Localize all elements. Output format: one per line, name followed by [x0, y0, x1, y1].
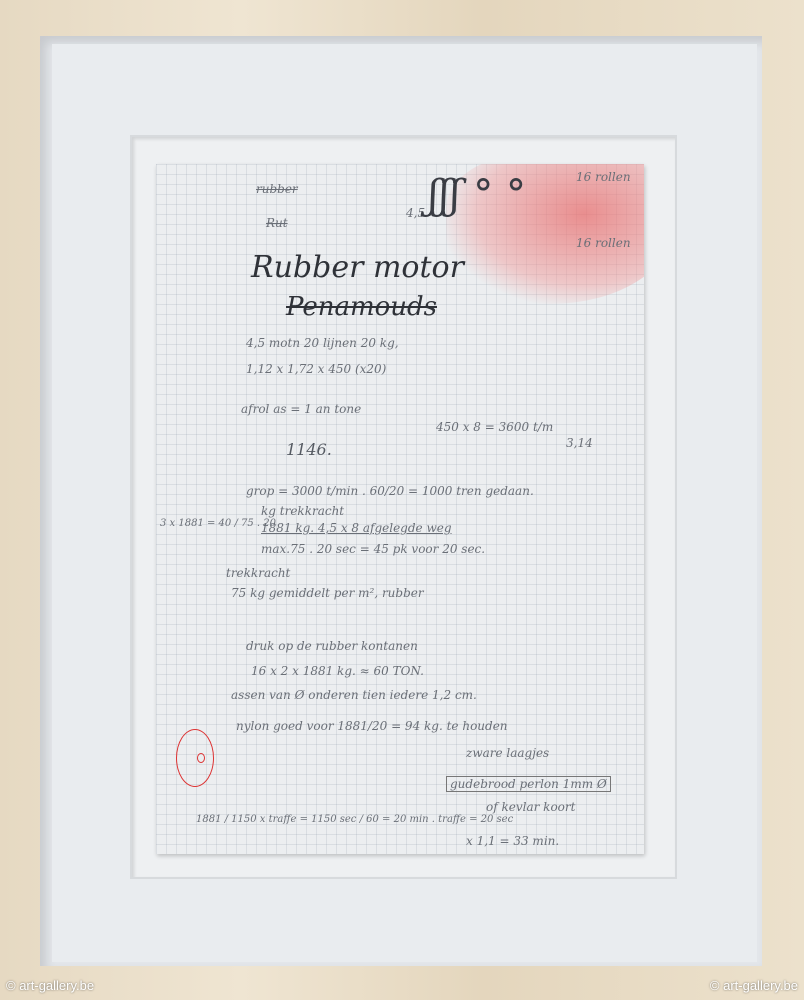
note-subtitle: Penamouds [286, 292, 437, 322]
note-line: 1,12 x 1,72 x 450 (x20) [246, 362, 386, 376]
watermark-right: © art-gallery.be [710, 978, 798, 993]
note-line: 3,14 [566, 436, 593, 450]
margin-note: 3 x 1881 = 40 / 75 . 20 [160, 518, 276, 529]
note-line: afrol as = 1 an tone [241, 402, 361, 416]
note-line: 450 x 8 = 3600 t/m [436, 420, 553, 434]
note-line: max.75 . 20 sec = 45 pk voor 20 sec. [261, 542, 485, 556]
note-title: Rubber motor [251, 250, 464, 285]
note-line: trekkracht [226, 566, 290, 580]
note-line: 1881 kg. 4,5 x 8 afgelegde weg [261, 521, 452, 535]
graph-paper-sheet: rubber Rut 4,5 ʃʃʃ ° ° 16 rollen 16 roll… [156, 164, 644, 854]
note-line: druk op de rubber kontanen [246, 639, 418, 653]
note-line: 16 x 2 x 1881 kg. ≈ 60 TON. [251, 664, 424, 678]
note-line: 1146. [286, 440, 332, 459]
red-wheel-sketch [176, 729, 214, 787]
note-line: of kevlar koort [486, 800, 575, 814]
note-line: 4,5 motn 20 lijnen 20 kg, [246, 336, 399, 350]
watermark-left: © art-gallery.be [6, 978, 94, 993]
note-line: 16 rollen [576, 170, 631, 184]
note-line: 1881 / 1150 x traffe = 1150 sec / 60 = 2… [196, 814, 513, 825]
note-line: assen van Ø onderen tien iedere 1,2 cm. [231, 688, 477, 702]
picture-frame: rubber Rut 4,5 ʃʃʃ ° ° 16 rollen 16 roll… [0, 0, 804, 1000]
note-line: 75 kg gemiddelt per m², rubber [231, 586, 424, 600]
note-line: x 1,1 = 33 min. [466, 834, 559, 848]
note-line: nylon goed voor 1881/20 = 94 kg. te houd… [236, 719, 508, 733]
figure-label: 4,5 [406, 206, 425, 220]
loop-sketch: ʃʃʃ ° ° [428, 172, 526, 218]
note-line: Rut [266, 216, 288, 230]
note-line: gudebrood perlon 1mm Ø [446, 776, 611, 792]
note-line: zware laagjes [466, 746, 549, 760]
note-line: rubber [256, 182, 298, 196]
note-line: 16 rollen [576, 236, 631, 250]
note-line: grop = 3000 t/min . 60/20 = 1000 tren ge… [246, 484, 534, 498]
note-line: kg trekkracht [261, 504, 344, 518]
